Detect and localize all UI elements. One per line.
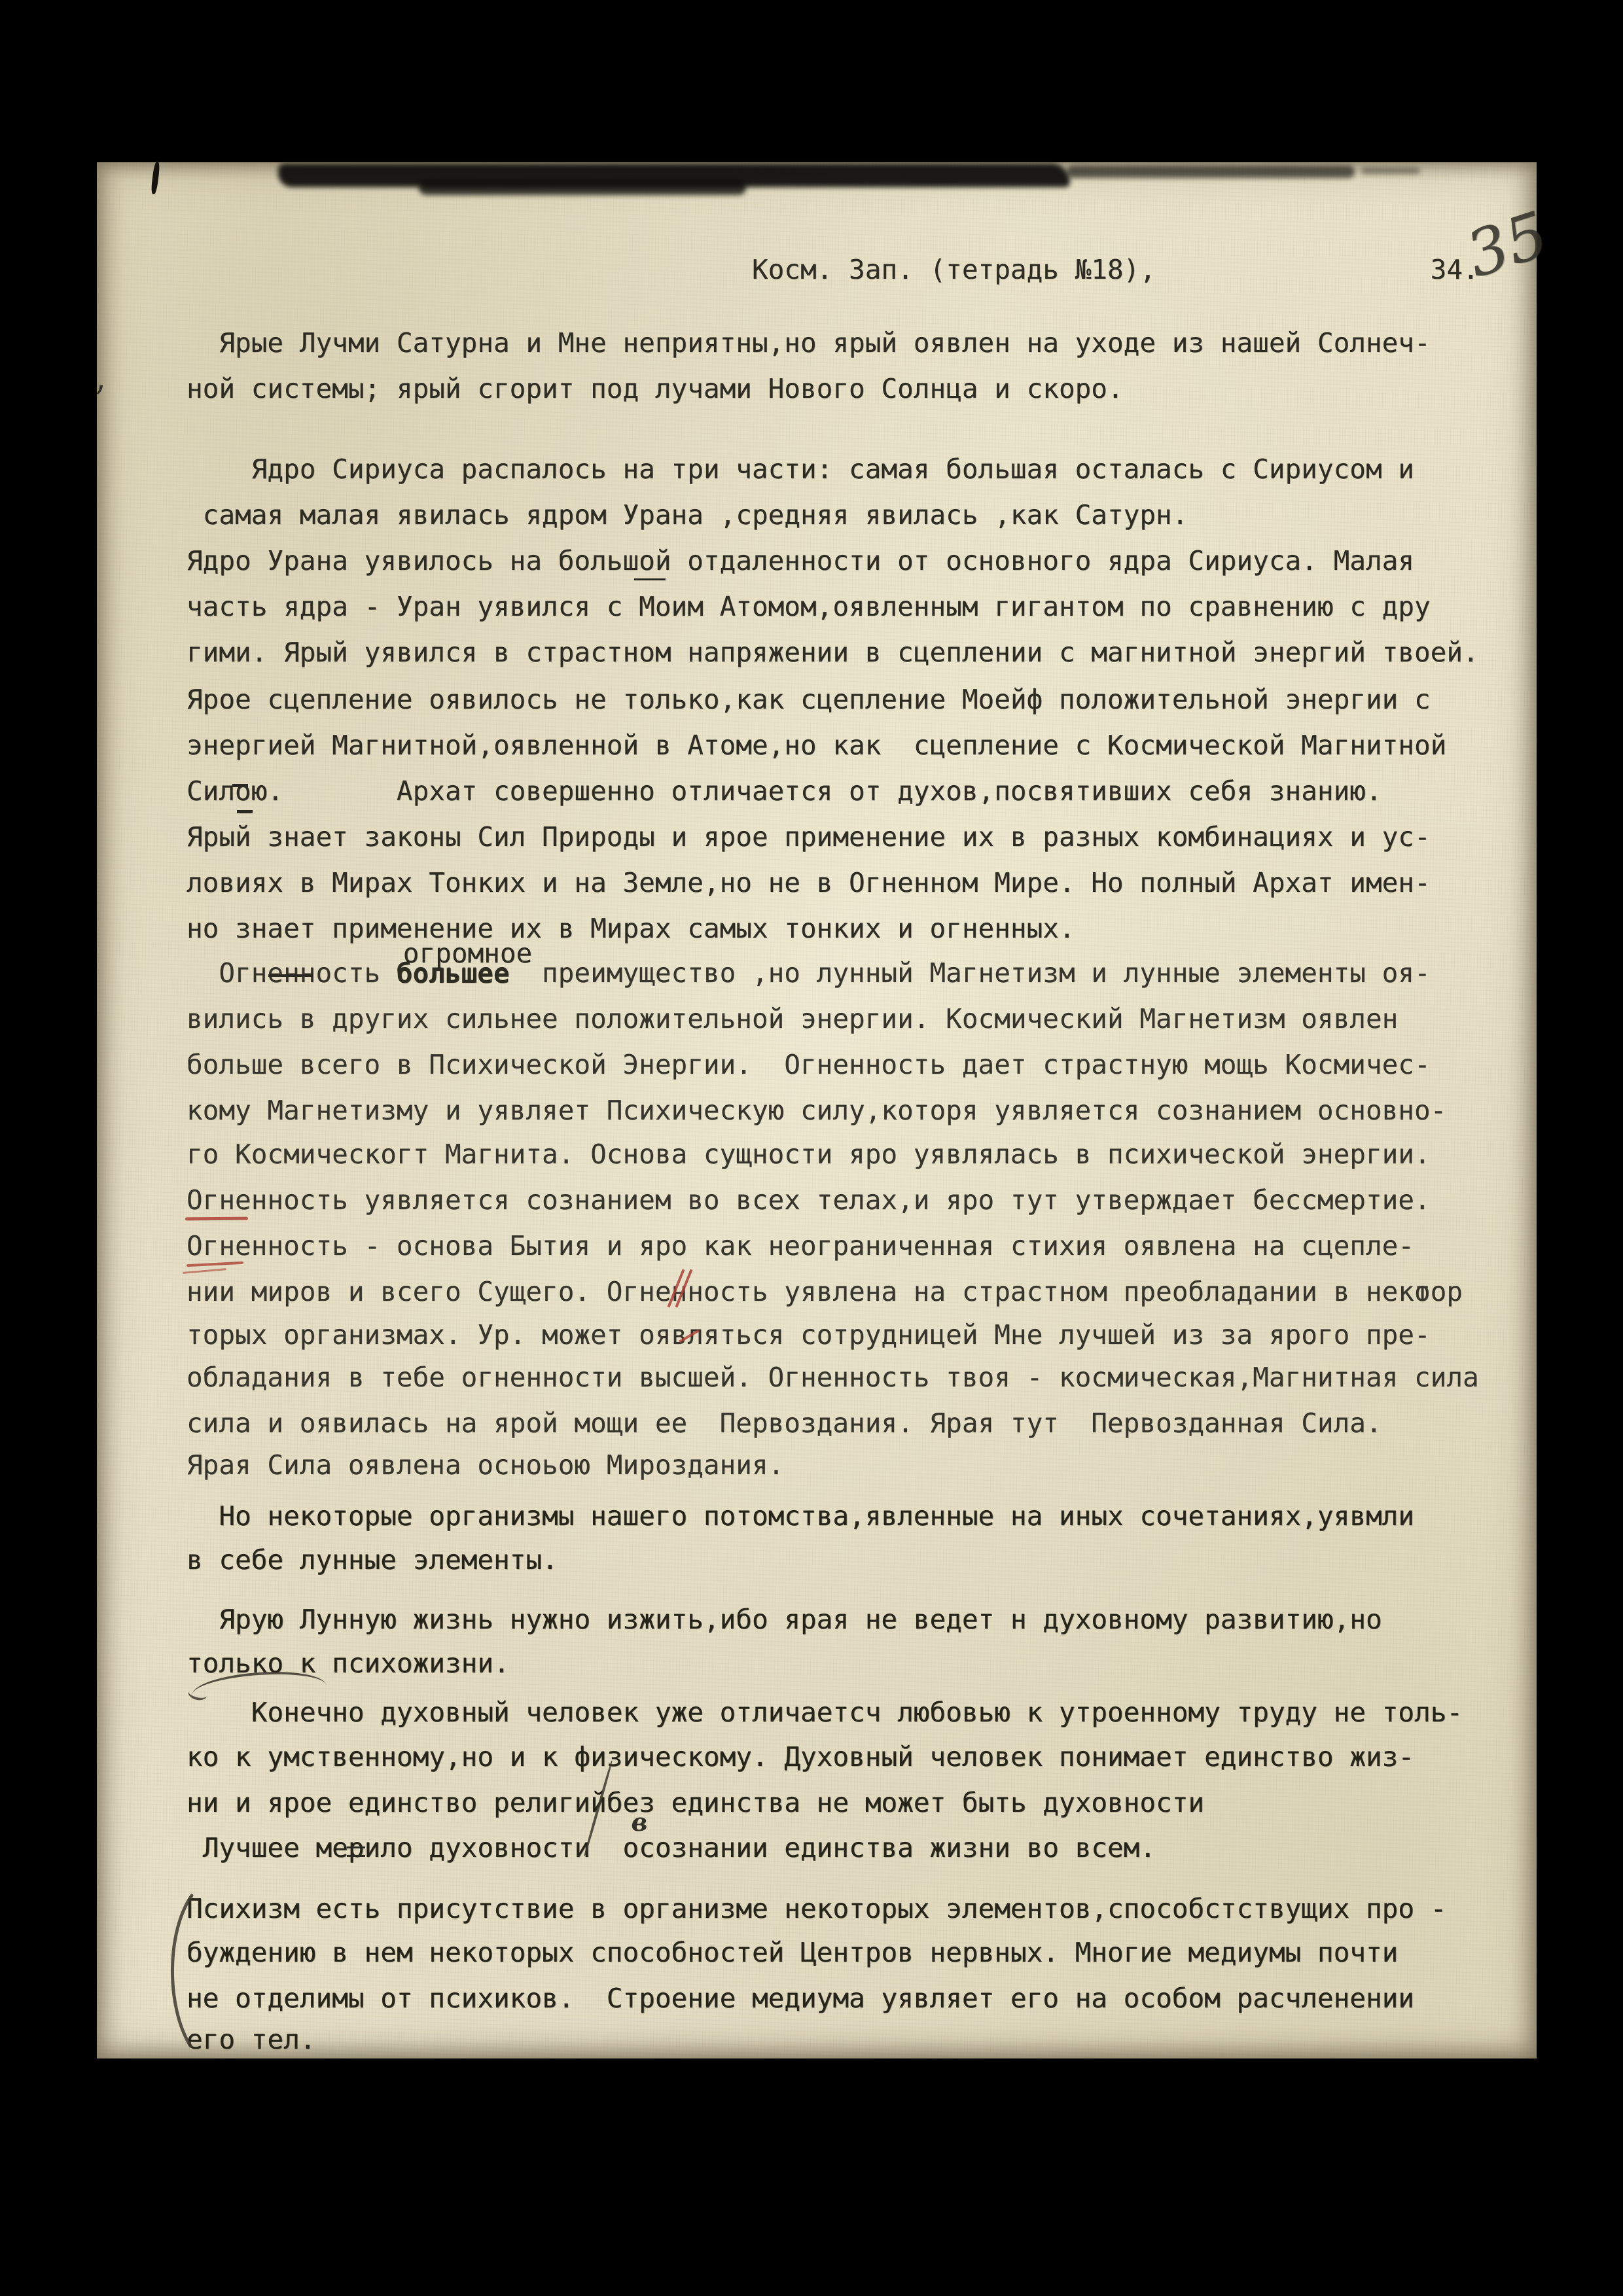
typed-line: Ярый знает законы Сил Природы и ярое при… bbox=[187, 824, 1431, 851]
typed-line: Огненность большее преимущество ,но лунн… bbox=[187, 960, 1431, 987]
red-underline bbox=[185, 1217, 248, 1221]
typed-line: Ярую Лунную жизнь нужно изжить,ибо ярая … bbox=[187, 1606, 1382, 1633]
typed-line: Ярые Лучми Сатурна и Мне неприятны,но яр… bbox=[187, 330, 1431, 357]
typed-line: буждению в нем некоторых способностей Це… bbox=[187, 1939, 1398, 1966]
typed-line: больше всего в Психической Энергии. Огне… bbox=[187, 1051, 1431, 1078]
typed-line: ни и ярое единство религийбез единства н… bbox=[187, 1790, 1204, 1816]
typed-line: сила и оявилась на ярой мощи ее Первозда… bbox=[187, 1410, 1382, 1437]
edge-word-fragment: тор bbox=[1414, 1279, 1463, 1305]
typed-line: его тел. bbox=[187, 2026, 315, 2053]
typed-line: самая малая явилась ядром Урана ,средняя… bbox=[187, 502, 1188, 529]
typed-dash-mark bbox=[232, 784, 248, 787]
typed-line: гими. Ярый уявился в страстном напряжени… bbox=[187, 639, 1479, 666]
typed-dash-mark bbox=[347, 1855, 365, 1857]
typed-line: Конечно духовный человек уже отличаетсч … bbox=[187, 1699, 1463, 1726]
typed-line: Ярое сцепление оявилось не только,как сц… bbox=[187, 686, 1431, 713]
typed-page-number: 34. bbox=[1431, 256, 1479, 283]
inserted-letter: в bbox=[632, 1807, 648, 1837]
typed-dash-mark bbox=[237, 810, 253, 813]
typed-line: вились в других сильнее положительной эн… bbox=[187, 1006, 1398, 1033]
typed-line: в себе лунные элементы. bbox=[187, 1547, 558, 1574]
scan-background: { "document": { "header": { "title": "Ко… bbox=[0, 0, 1623, 2296]
typed-line: Ядро Урана уявилось на большой отдаленно… bbox=[187, 548, 1414, 574]
typed-line: Огненность - основа Бытия и яро как неог… bbox=[187, 1233, 1414, 1260]
typed-line: энергией Магнитной,оявленной в Атоме,но … bbox=[187, 732, 1446, 759]
typed-line: Но некоторые организмы нашего потомства,… bbox=[187, 1503, 1414, 1530]
typed-line: часть ядра - Уран уявился с Моим Атомом,… bbox=[187, 593, 1431, 620]
typed-line: ловиях в Мирах Тонких и на Земле,но не в… bbox=[187, 870, 1431, 896]
typed-line: ной системы; ярый сгорит под лучами Ново… bbox=[187, 376, 1124, 402]
handwritten-bracket bbox=[162, 1893, 197, 2049]
typed-line: Лучшее мерило духовности осознании единс… bbox=[187, 1835, 1156, 1862]
red-underline bbox=[183, 1268, 226, 1274]
document-title: Косм. Зап. (тетрадь №18), bbox=[752, 256, 1156, 283]
typed-underline bbox=[634, 578, 666, 580]
typed-line: но знает применение их в Мирах самых тон… bbox=[187, 915, 1075, 942]
typed-line: ко к умственному,но и к физическому. Дух… bbox=[187, 1744, 1414, 1771]
typed-line: торых организмах. Ур. может оявляться со… bbox=[187, 1322, 1431, 1349]
typed-line: не отделимы от психиков. Строение медиум… bbox=[187, 1985, 1414, 2012]
typed-line: Ядро Сириуса распалось на три части: сам… bbox=[187, 456, 1414, 483]
typed-line: Психизм есть присутствие в организме нек… bbox=[187, 1896, 1446, 1922]
typed-line: Ярая Сила оявлена осноьою Мироздания. bbox=[187, 1452, 784, 1479]
typed-line: кому Магнетизму и уявляет Психическую си… bbox=[187, 1097, 1446, 1124]
red-underline bbox=[187, 1262, 243, 1267]
strikethrough-bar bbox=[268, 974, 312, 977]
typed-line: Силою. Архат совершенно отличается от ду… bbox=[187, 778, 1382, 805]
typed-line: Огненность уявляется сознанием во всех т… bbox=[187, 1187, 1431, 1214]
typed-line: го Космическогт Магнита. Основа сущности… bbox=[187, 1141, 1431, 1168]
typed-line: нии миров и всего Сущего. Огненность уяв… bbox=[187, 1279, 1431, 1305]
typed-line: только к психожизни. bbox=[187, 1650, 510, 1677]
typed-correction-word: огромное bbox=[403, 940, 532, 967]
text-layer: Косм. Зап. (тетрадь №18), 34. , Ярые Луч… bbox=[187, 0, 1574, 2296]
typed-line: обладания в тебе огненности высшей. Огне… bbox=[187, 1364, 1479, 1391]
typed-dash-mark bbox=[347, 1846, 365, 1848]
